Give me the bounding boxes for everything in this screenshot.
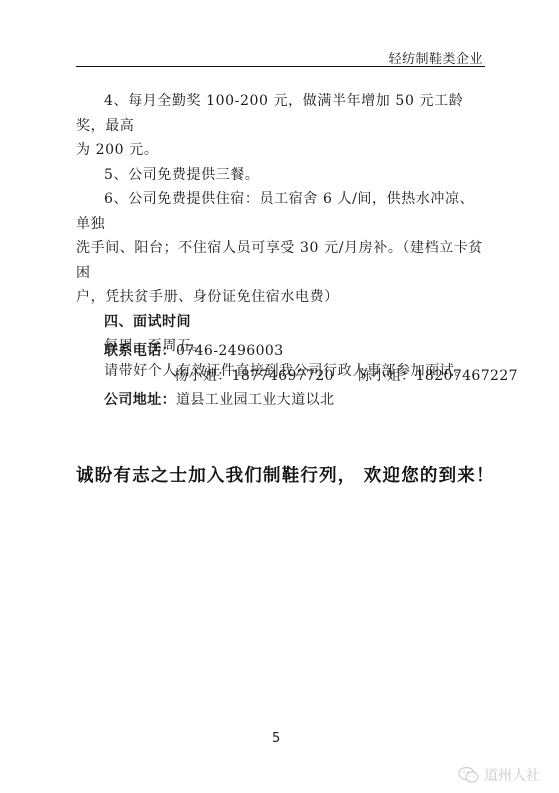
address-value: 道县工业园工业大道以北	[176, 392, 334, 408]
watermark-text: 道州人社	[484, 765, 540, 785]
benefit-item-4-line1: 4、每月全勤奖 100-200 元，做满半年增加 50 元工龄奖，最高	[76, 89, 488, 138]
document-page: 轻纺制鞋类企业 4、每月全勤奖 100-200 元，做满半年增加 50 元工龄奖…	[0, 0, 559, 793]
phone-row: 联系电话：0746-2496003	[104, 339, 518, 364]
contact-persons-row: 杨小姐：18774697720陈小姐：18207467227	[104, 364, 518, 389]
contact-person-1: 杨小姐：18774697720	[174, 368, 334, 384]
wechat-icon	[458, 766, 480, 784]
page-number: 5	[272, 731, 280, 746]
contact-person-2: 陈小姐：18207467227	[358, 368, 518, 384]
benefit-item-6-line3: 户，凭扶贫手册、身份证免住宿水电费）	[76, 285, 488, 310]
benefit-item-6-line2: 洗手间、阳台；不住宿人员可享受 30 元/月房补。（建档立卡贫困	[76, 236, 488, 285]
recruitment-slogan: 诚盼有志之士加入我们制鞋行列， 欢迎您的到来！	[76, 462, 496, 487]
phone-label: 联系电话：	[104, 343, 176, 359]
contact-block: 联系电话：0746-2496003 杨小姐：18774697720陈小姐：182…	[104, 339, 518, 413]
benefit-item-4-line2: 为 200 元。	[76, 138, 488, 163]
address-row: 公司地址：道县工业园工业大道以北	[104, 388, 518, 413]
benefit-item-6-line1: 6、公司免费提供住宿：员工宿舍 6 人/间，供热水冲凉、单独	[76, 187, 488, 236]
phone-value: 0746-2496003	[176, 343, 284, 359]
address-label: 公司地址：	[104, 392, 176, 408]
header-divider	[76, 66, 485, 67]
benefit-item-5: 5、公司免费提供三餐。	[76, 163, 488, 188]
interview-heading: 四、面试时间	[76, 310, 488, 335]
page-header-title: 轻纺制鞋类企业	[388, 48, 483, 67]
watermark: 道州人社	[458, 765, 540, 785]
